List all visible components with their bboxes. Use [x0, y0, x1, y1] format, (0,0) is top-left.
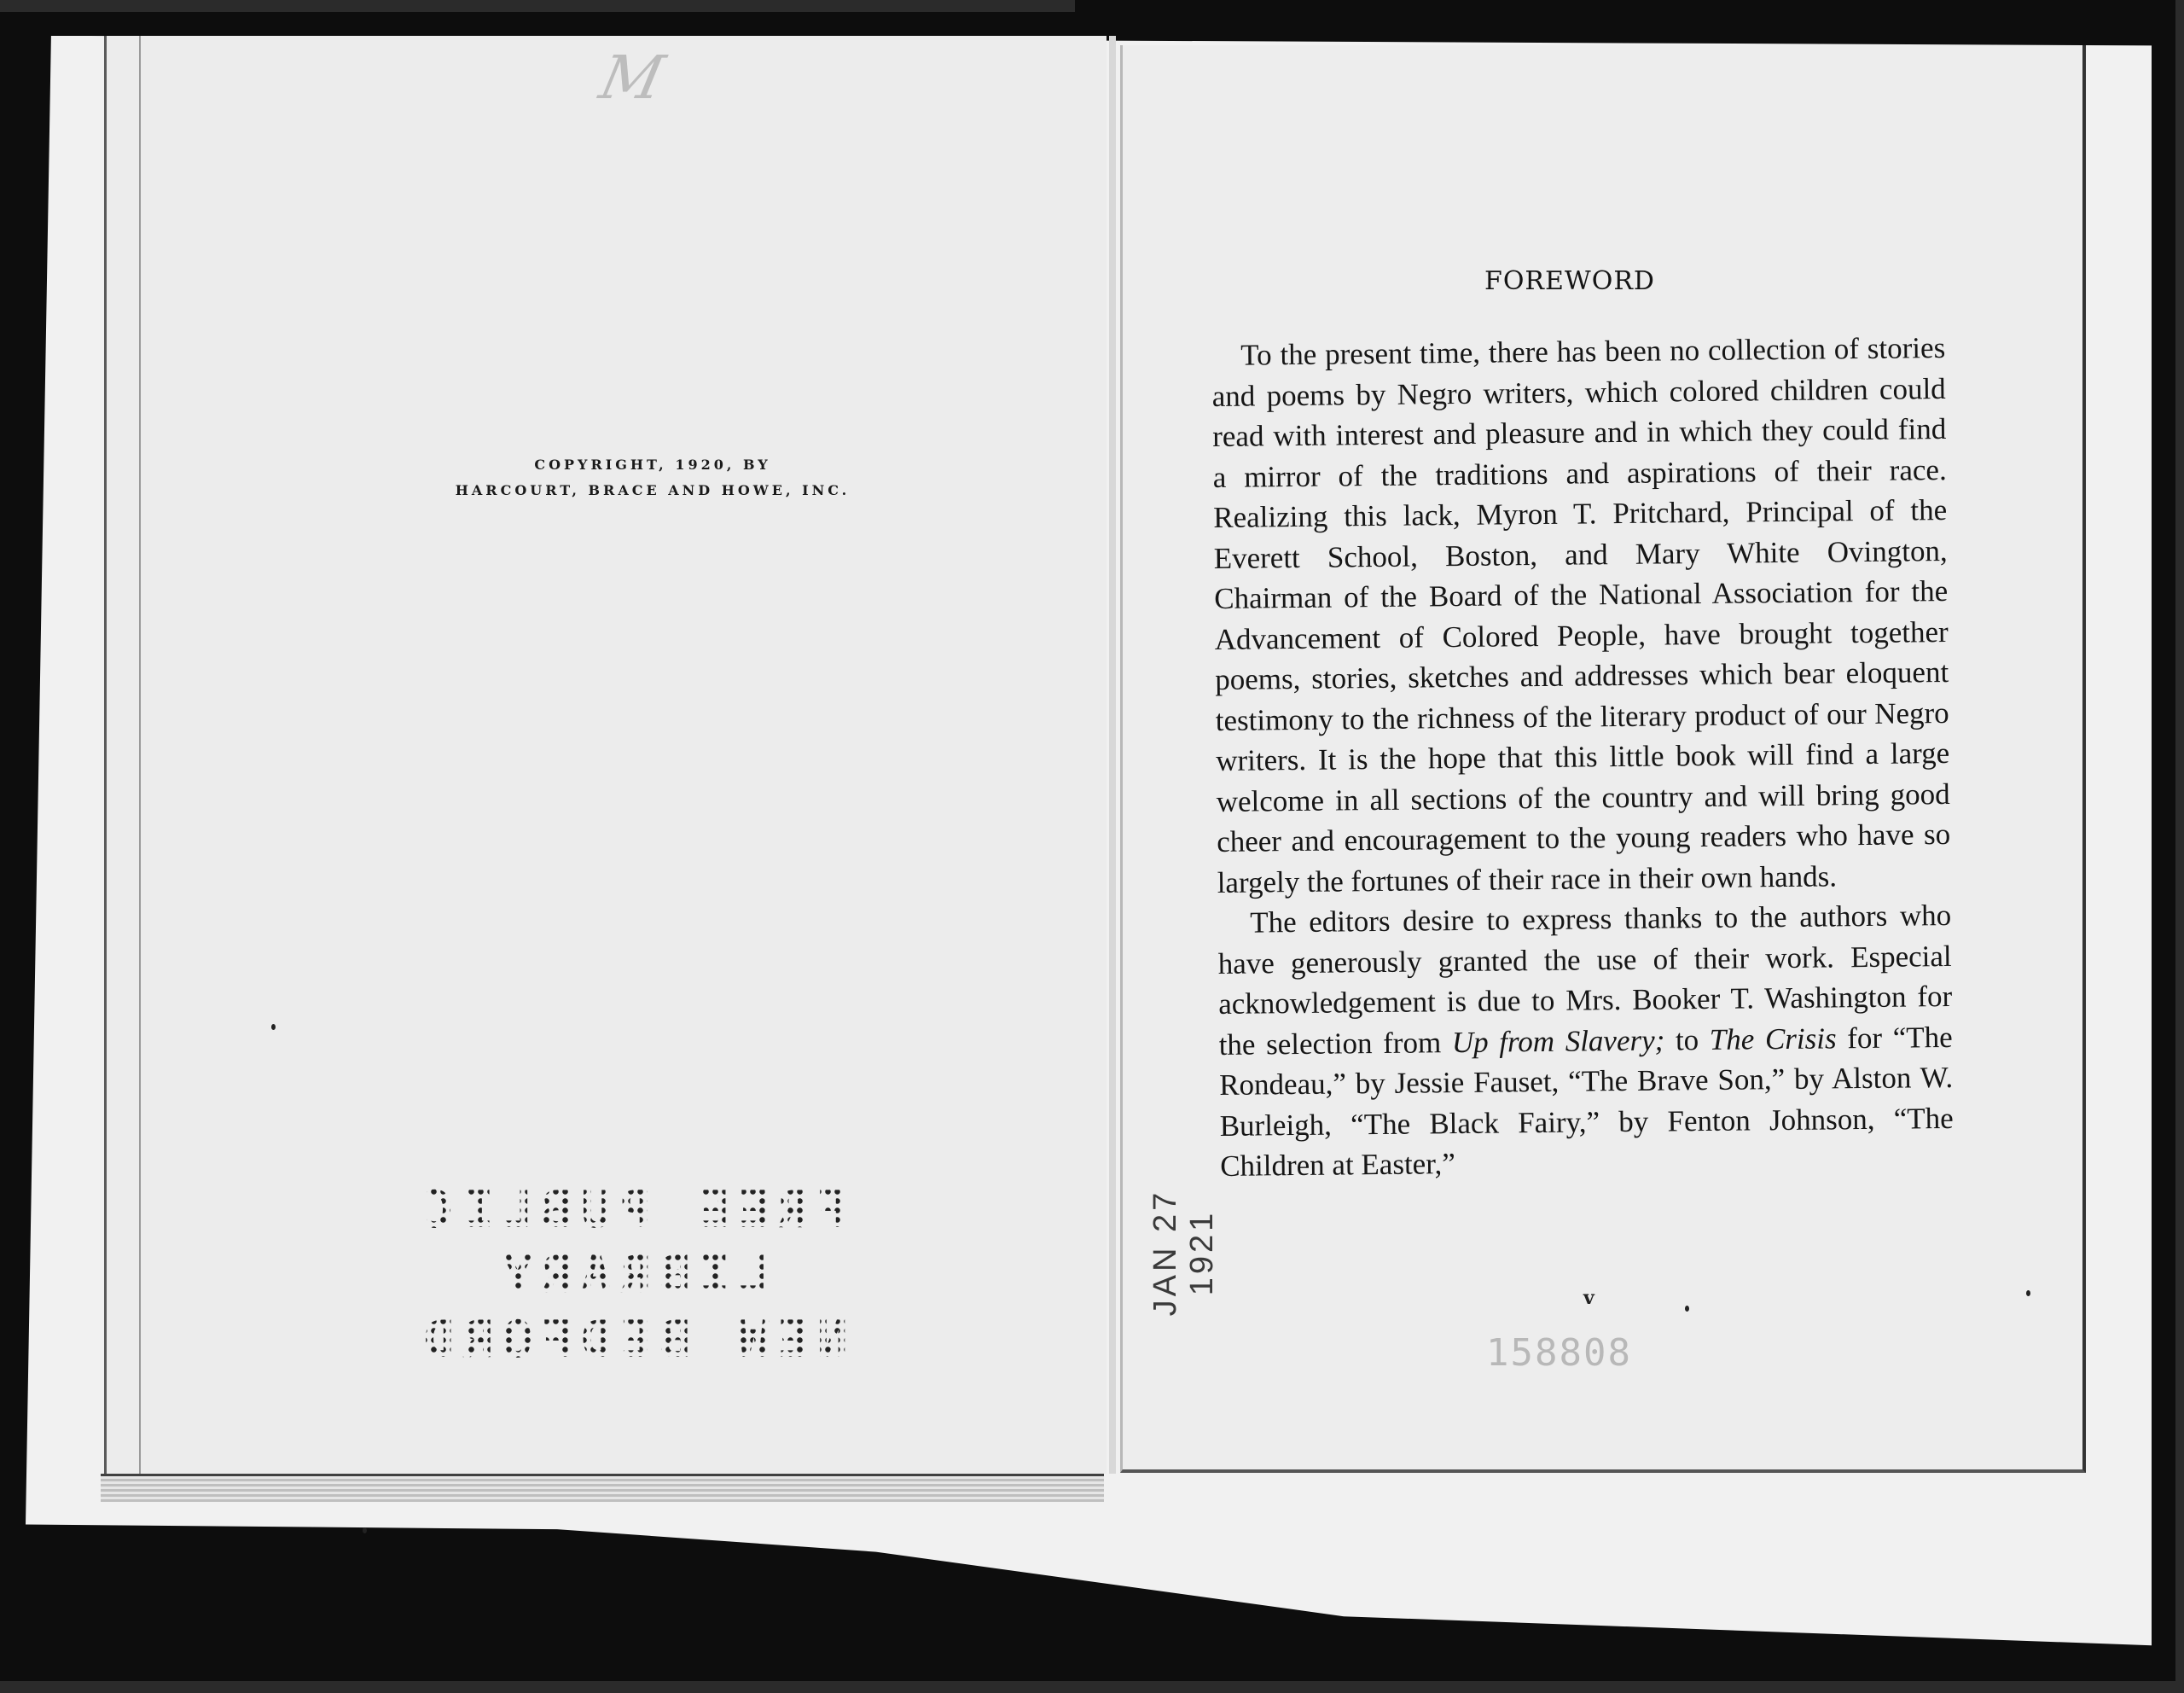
foreword-body: To the present time, there has been no c…: [1211, 328, 1954, 1186]
received-date-stamp: JAN 27 1921: [1147, 1142, 1221, 1364]
speck: [363, 1527, 367, 1533]
scan-border-right: [2175, 0, 2184, 1693]
perforation-line: FREE PUBLIC LIBRARY: [299, 1178, 964, 1307]
copyright-line: COPYRIGHT, 1920, BY: [401, 452, 904, 478]
scan-border-bottom: [0, 1681, 2184, 1693]
copyright-line: HARCOURT, BRACE AND HOWE, INC.: [401, 478, 904, 503]
text-run: to: [1664, 1022, 1710, 1056]
page-number: v: [1583, 1287, 1594, 1309]
gutter: [1109, 36, 1116, 1474]
speck: [1685, 1306, 1689, 1312]
library-perforation-stamp: FREE PUBLIC LIBRARY NEW BEDFORD: [299, 1178, 964, 1372]
speck: [271, 1024, 276, 1030]
speck: [2026, 1290, 2030, 1296]
paragraph: The editors desire to express thanks to …: [1217, 895, 1954, 1186]
book-cloth-edge: [101, 1474, 1104, 1502]
text-run: To the present time, there has been no c…: [1212, 331, 1951, 899]
copyright-notice: COPYRIGHT, 1920, BY HARCOURT, BRACE AND …: [401, 452, 904, 503]
accession-number: 158808: [1486, 1331, 1632, 1375]
paragraph: To the present time, there has been no c…: [1211, 328, 1951, 903]
scan-border-top: [0, 0, 1075, 12]
page-title: FOREWORD: [1408, 266, 1732, 296]
italic-title: Up from Slavery;: [1452, 1023, 1665, 1059]
perforation-line: NEW BEDFORD: [299, 1307, 964, 1372]
italic-title: The Crisis: [1710, 1021, 1837, 1056]
